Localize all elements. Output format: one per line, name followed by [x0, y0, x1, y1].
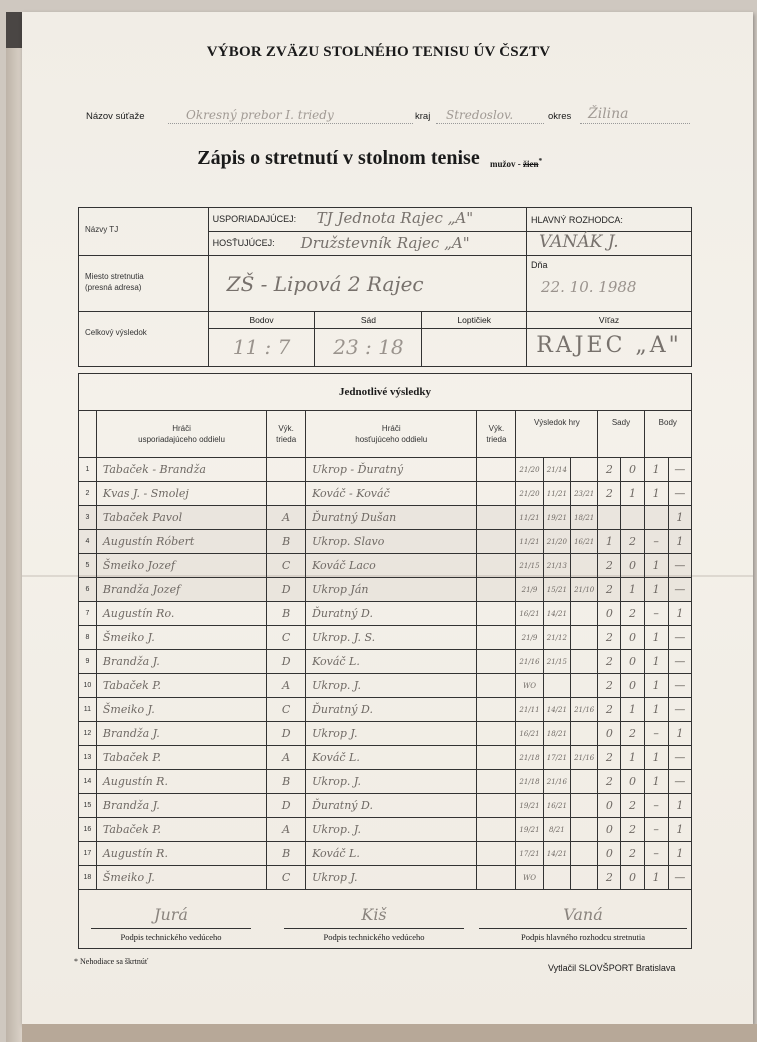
home-player: Šmeiko J.	[96, 866, 266, 890]
sets-value-cell: 23 : 18	[315, 329, 422, 367]
guest-class-header: Výk. trieda	[477, 411, 516, 458]
competition-value: Okresný prebor I. triedy	[186, 108, 334, 122]
home-player: Augustín R.	[96, 770, 266, 794]
game-score-3: 21/16	[571, 698, 598, 722]
home-player: Šmeiko J.	[96, 698, 266, 722]
winner-label: Víťaz	[527, 312, 691, 325]
winner-header: Víťaz	[527, 312, 692, 329]
guest-class	[477, 578, 516, 602]
home-class: C	[267, 554, 306, 578]
game-score-2: 15/21	[543, 578, 570, 602]
sets-home: 2	[598, 674, 621, 698]
game-score-3	[571, 602, 598, 626]
home-class: D	[267, 578, 306, 602]
guest-player: Ukrop J.	[306, 722, 477, 746]
row-number-header	[79, 411, 97, 458]
game-score-2: 21/20	[543, 530, 570, 554]
sets-home: 2	[598, 698, 621, 722]
game-score-3: 21/16	[571, 746, 598, 770]
points-home: 1	[644, 458, 668, 482]
home-player: Brandža J.	[96, 794, 266, 818]
home-player: Kvas J. - Smolej	[96, 482, 266, 506]
game-score-2	[543, 866, 570, 890]
venue-value-cell: ZŠ - Lipová 2 Rajec	[208, 256, 526, 312]
sets-guest: 2	[621, 818, 644, 842]
guest-player: Ukrop. J. S.	[306, 626, 477, 650]
home-player: Šmeiko J.	[96, 626, 266, 650]
home-class	[267, 482, 306, 506]
result-row: 11Šmeiko J.CĎuratný D.21/1114/2121/16211…	[79, 698, 692, 722]
signature-guest-scrawl: Kiš	[284, 905, 464, 924]
sets-guest: 0	[621, 650, 644, 674]
result-row: 14Augustín R.BUkrop. J.21/1821/16201—	[79, 770, 692, 794]
results-title: Jednotlivé výsledky	[79, 374, 692, 411]
sets-home: 0	[598, 602, 621, 626]
game-score-2: 21/16	[543, 770, 570, 794]
game-score-2: 18/21	[543, 722, 570, 746]
points-header: Body	[644, 411, 691, 458]
sets-home: 2	[598, 578, 621, 602]
row-number: 18	[79, 866, 97, 890]
guest-players-header: Hráči hosťujúceho oddielu	[306, 411, 477, 458]
points-home: –	[644, 842, 668, 866]
guest-class-header-line1: Výk.	[477, 423, 515, 434]
row-number: 5	[79, 554, 97, 578]
game-score-1: 11/21	[516, 506, 543, 530]
balls-header: Loptičiek	[422, 312, 527, 329]
signature-referee-scrawl: Vaná	[479, 905, 687, 924]
points-guest: —	[668, 482, 691, 506]
teams-label-cell: Názvy TJ	[79, 208, 209, 256]
game-score-1: 21/18	[516, 770, 543, 794]
game-score-1: 21/18	[516, 746, 543, 770]
category-selector: mužov - žien*	[490, 156, 542, 169]
sets-guest: 2	[621, 602, 644, 626]
sets-header: Sady	[598, 411, 644, 458]
guest-player: Ukrop. Slavo	[306, 530, 477, 554]
home-class: A	[267, 506, 306, 530]
winner-value: RAJEC „A"	[527, 329, 691, 358]
sets-guest: 1	[621, 482, 644, 506]
signature-home-label: Podpis technického vedúceho	[91, 928, 251, 942]
home-class: A	[267, 746, 306, 770]
guest-team-cell: HOSŤUJÚCEJ: Družstevník Rajec „A"	[208, 232, 526, 256]
game-score-2: 8/21	[543, 818, 570, 842]
row-number: 9	[79, 650, 97, 674]
kraj-label: kraj	[415, 111, 430, 122]
result-row: 2Kvas J. - SmolejKováč - Kováč21/2011/21…	[79, 482, 692, 506]
signature-guest-manager: Kiš Podpis technického vedúceho	[284, 905, 464, 942]
game-score-3	[571, 794, 598, 818]
points-home: 1	[644, 674, 668, 698]
game-score-2	[543, 674, 570, 698]
category-men: mužov -	[490, 159, 521, 169]
venue-value: ZŠ - Lipová 2 Rajec	[227, 272, 424, 296]
game-score-1: 16/21	[516, 722, 543, 746]
game-score-1: 19/21	[516, 794, 543, 818]
game-score-1: 21/15	[516, 554, 543, 578]
sets-label: Sád	[315, 312, 421, 325]
sets-guest: 2	[621, 530, 644, 554]
referee-label-cell: HLAVNÝ ROZHODCA:	[527, 208, 692, 232]
guest-class	[477, 794, 516, 818]
game-score-1: 21/16	[516, 650, 543, 674]
home-class: A	[267, 674, 306, 698]
venue-label-line1: Miesto stretnutia	[85, 271, 202, 282]
row-number: 17	[79, 842, 97, 866]
result-row: 13Tabaček P.AKováč L.21/1817/2121/16211—	[79, 746, 692, 770]
signature-home-scrawl: Jurá	[91, 905, 251, 924]
home-player: Tabaček - Brandža	[96, 458, 266, 482]
row-number: 6	[79, 578, 97, 602]
organization-header: VÝBOR ZVÄZU STOLNÉHO TENISU ÚV ČSZTV	[0, 44, 757, 61]
sets-guest: 2	[621, 842, 644, 866]
row-number: 8	[79, 626, 97, 650]
home-class: B	[267, 770, 306, 794]
guest-team-value: Družstevník Rajec „A"	[301, 234, 470, 252]
guest-class-header-line2: trieda	[477, 434, 515, 445]
points-value-cell: 11 : 7	[208, 329, 315, 367]
sets-guest: 0	[621, 554, 644, 578]
home-team-label: USPORIADAJÚCEJ:	[213, 214, 297, 224]
points-label: Bodov	[209, 312, 315, 325]
home-class: D	[267, 650, 306, 674]
home-class-header-line2: trieda	[267, 434, 305, 445]
row-number: 14	[79, 770, 97, 794]
home-player: Tabaček P.	[96, 746, 266, 770]
guest-class	[477, 746, 516, 770]
points-guest: —	[668, 866, 691, 890]
points-home: –	[644, 794, 668, 818]
date-label: Dňa	[531, 260, 548, 270]
home-class: D	[267, 794, 306, 818]
row-number: 4	[79, 530, 97, 554]
date-value: 22. 10. 1988	[541, 278, 636, 296]
category-women-struck: žien	[523, 159, 539, 169]
game-score-1: 11/21	[516, 530, 543, 554]
points-guest: 1	[668, 794, 691, 818]
points-home: –	[644, 722, 668, 746]
kraj-value: Stredoslov.	[446, 108, 513, 122]
result-row: 7Augustín Ro.BĎuratný D.16/2114/2102–1	[79, 602, 692, 626]
competition-line: Názov súťaže Okresný prebor I. triedy kr…	[86, 106, 696, 124]
points-guest: 1	[668, 818, 691, 842]
home-class: B	[267, 842, 306, 866]
game-score-2: 14/21	[543, 602, 570, 626]
guest-player: Ukrop J.	[306, 866, 477, 890]
row-number: 10	[79, 674, 97, 698]
game-score-3	[571, 458, 598, 482]
guest-class	[477, 866, 516, 890]
points-home: 1	[644, 650, 668, 674]
game-score-3	[571, 842, 598, 866]
game-score-1: WO	[516, 674, 543, 698]
home-class: C	[267, 866, 306, 890]
guest-class	[477, 602, 516, 626]
result-row: 4Augustín RóbertBUkrop. Slavo11/2121/201…	[79, 530, 692, 554]
result-row: 5Šmeiko JozefCKováč Laco21/1521/13201—	[79, 554, 692, 578]
guest-player: Kováč - Kováč	[306, 482, 477, 506]
game-score-2: 21/12	[543, 626, 570, 650]
sets-home: 2	[598, 626, 621, 650]
sets-guest: 1	[621, 698, 644, 722]
result-row: 15Brandža J.DĎuratný D.19/2116/2102–1	[79, 794, 692, 818]
points-value: 11 : 7	[209, 329, 315, 359]
home-player: Tabaček Pavol	[96, 506, 266, 530]
home-class-header-line1: Výk.	[267, 423, 305, 434]
guest-class	[477, 698, 516, 722]
game-score-3	[571, 650, 598, 674]
referee-label: HLAVNÝ ROZHODCA:	[531, 215, 623, 225]
game-score-3	[571, 554, 598, 578]
points-header: Bodov	[208, 312, 315, 329]
result-row: 10Tabaček P.AUkrop. J.WO201—	[79, 674, 692, 698]
game-score-3: 21/10	[571, 578, 598, 602]
signature-referee-label: Podpis hlavného rozhodcu stretnutia	[479, 928, 687, 942]
guest-player: Kováč L.	[306, 842, 477, 866]
guest-player: Kováč L.	[306, 650, 477, 674]
printer-credit: Vytlačil SLOVŠPORT Bratislava	[548, 963, 675, 973]
sets-home	[598, 506, 621, 530]
sets-home: 2	[598, 770, 621, 794]
home-player: Augustín Ro.	[96, 602, 266, 626]
sets-guest: 0	[621, 866, 644, 890]
guest-players-header-line2: hosťujúceho oddielu	[306, 434, 476, 445]
home-player: Tabaček P.	[96, 818, 266, 842]
game-score-1: 21/20	[516, 482, 543, 506]
game-score-2: 14/21	[543, 842, 570, 866]
sets-guest: 1	[621, 578, 644, 602]
guest-class	[477, 650, 516, 674]
points-home	[644, 506, 668, 530]
competition-dotted-line	[168, 122, 413, 124]
total-label-cell: Celkový výsledok	[79, 312, 209, 367]
guest-class	[477, 506, 516, 530]
sets-home: 2	[598, 554, 621, 578]
points-guest: 1	[668, 530, 691, 554]
guest-player: Ukrop. J.	[306, 770, 477, 794]
sets-guest: 0	[621, 770, 644, 794]
game-score-3	[571, 722, 598, 746]
sets-home: 0	[598, 722, 621, 746]
form-title: Zápis o stretnutí v stolnom tenise	[0, 147, 717, 170]
points-guest: 1	[668, 602, 691, 626]
sets-home: 2	[598, 482, 621, 506]
points-guest: —	[668, 458, 691, 482]
game-score-3	[571, 770, 598, 794]
guest-players-header-line1: Hráči	[306, 423, 476, 434]
okres-value: Žilina	[588, 106, 629, 122]
row-number: 2	[79, 482, 97, 506]
points-home: 1	[644, 482, 668, 506]
result-row: 3Tabaček PavolAĎuratný Dušan11/2119/2118…	[79, 506, 692, 530]
home-class: D	[267, 722, 306, 746]
points-guest: —	[668, 674, 691, 698]
row-number: 12	[79, 722, 97, 746]
footnote: * Nehodiace sa škrtnúť	[74, 957, 148, 966]
row-number: 16	[79, 818, 97, 842]
points-guest: —	[668, 698, 691, 722]
sets-guest: 2	[621, 794, 644, 818]
game-score-3: 18/21	[571, 506, 598, 530]
row-number: 7	[79, 602, 97, 626]
guest-player: Ďuratný D.	[306, 698, 477, 722]
points-home: 1	[644, 746, 668, 770]
sets-guest: 2	[621, 722, 644, 746]
referee-value: VANÁK J.	[539, 232, 619, 252]
guest-player: Ukrop - Ďuratný	[306, 458, 477, 482]
referee-value-cell: VANÁK J.	[527, 232, 692, 256]
date-cell: Dňa 22. 10. 1988	[527, 256, 692, 312]
points-guest: —	[668, 746, 691, 770]
points-home: –	[644, 602, 668, 626]
home-player: Brandža J.	[96, 722, 266, 746]
signature-home-manager: Jurá Podpis technického vedúceho	[91, 905, 251, 942]
venue-label-cell: Miesto stretnutia (presná adresa)	[79, 256, 209, 312]
sets-guest	[621, 506, 644, 530]
guest-team-label: HOSŤUJÚCEJ:	[213, 238, 275, 248]
sets-guest: 1	[621, 746, 644, 770]
row-number: 1	[79, 458, 97, 482]
result-row: 9Brandža J.DKováč L.21/1621/15201—	[79, 650, 692, 674]
game-score-1: 21/11	[516, 698, 543, 722]
game-score-1: 21/9	[516, 626, 543, 650]
scan-bottom-edge	[22, 1024, 757, 1042]
home-class: C	[267, 698, 306, 722]
game-score-2: 14/21	[543, 698, 570, 722]
guest-class	[477, 458, 516, 482]
sets-home: 0	[598, 842, 621, 866]
points-guest: —	[668, 770, 691, 794]
game-score-1: 19/21	[516, 818, 543, 842]
sets-header: Sád	[315, 312, 422, 329]
home-class: A	[267, 818, 306, 842]
total-label: Celkový výsledok	[79, 312, 208, 341]
sets-home: 0	[598, 794, 621, 818]
result-row: 8Šmeiko J.CUkrop. J. S.21/921/12201—	[79, 626, 692, 650]
guest-class	[477, 626, 516, 650]
points-home: 1	[644, 698, 668, 722]
points-home: 1	[644, 578, 668, 602]
guest-player: Ukrop. J.	[306, 674, 477, 698]
okres-dotted-line	[580, 122, 690, 124]
sets-value: 23 : 18	[315, 329, 421, 359]
row-number: 3	[79, 506, 97, 530]
result-row: 12Brandža J.DUkrop J.16/2118/2102–1	[79, 722, 692, 746]
game-score-3: 23/21	[571, 482, 598, 506]
result-row: 6Brandža JozefDUkrop Ján21/915/2121/1021…	[79, 578, 692, 602]
points-home: 1	[644, 626, 668, 650]
game-score-3	[571, 626, 598, 650]
okres-label: okres	[548, 111, 571, 122]
home-player: Augustín R.	[96, 842, 266, 866]
result-row: 16Tabaček P.AUkrop. J.19/218/2102–1	[79, 818, 692, 842]
scan-corner-shadow	[6, 12, 22, 48]
guest-player: Kováč L.	[306, 746, 477, 770]
guest-class	[477, 554, 516, 578]
guest-player: Kováč Laco	[306, 554, 477, 578]
points-guest: —	[668, 554, 691, 578]
game-result-header: Výsledok hry	[516, 411, 598, 458]
row-number: 11	[79, 698, 97, 722]
home-player: Šmeiko Jozef	[96, 554, 266, 578]
home-class: C	[267, 626, 306, 650]
game-score-2: 21/15	[543, 650, 570, 674]
points-guest: —	[668, 650, 691, 674]
points-guest: 1	[668, 506, 691, 530]
home-class	[267, 458, 306, 482]
competition-label: Názov súťaže	[86, 111, 144, 122]
home-class-header: Výk. trieda	[267, 411, 306, 458]
game-score-1: 16/21	[516, 602, 543, 626]
sets-home: 2	[598, 458, 621, 482]
balls-label: Loptičiek	[422, 312, 526, 325]
home-player: Brandža J.	[96, 650, 266, 674]
signature-guest-label: Podpis technického vedúceho	[284, 928, 464, 942]
home-player: Tabaček P.	[96, 674, 266, 698]
game-score-2: 11/21	[543, 482, 570, 506]
match-info-table: Názvy TJ USPORIADAJÚCEJ: TJ Jednota Raje…	[78, 207, 692, 367]
sets-guest: 0	[621, 674, 644, 698]
points-home: 1	[644, 866, 668, 890]
guest-player: Ďuratný D.	[306, 794, 477, 818]
home-team-cell: USPORIADAJÚCEJ: TJ Jednota Rajec „A"	[208, 208, 526, 232]
game-score-2: 16/21	[543, 794, 570, 818]
home-players-header: Hráči usporiadajúceho oddielu	[96, 411, 266, 458]
game-score-2: 21/14	[543, 458, 570, 482]
result-row: 1Tabaček - BrandžaUkrop - Ďuratný21/2021…	[79, 458, 692, 482]
result-row: 18Šmeiko J.CUkrop J.WO201—	[79, 866, 692, 890]
signature-referee: Vaná Podpis hlavného rozhodcu stretnutia	[479, 905, 687, 942]
venue-label-line2: (presná adresa)	[85, 282, 202, 293]
sets-guest: 0	[621, 458, 644, 482]
sets-guest: 0	[621, 626, 644, 650]
guest-class	[477, 770, 516, 794]
points-home: 1	[644, 554, 668, 578]
points-guest: —	[668, 578, 691, 602]
guest-class	[477, 482, 516, 506]
game-score-2: 21/13	[543, 554, 570, 578]
points-guest: 1	[668, 722, 691, 746]
home-class: B	[267, 602, 306, 626]
game-score-3	[571, 674, 598, 698]
guest-class	[477, 842, 516, 866]
points-guest: 1	[668, 842, 691, 866]
sets-home: 2	[598, 746, 621, 770]
sets-home: 0	[598, 818, 621, 842]
home-class: B	[267, 530, 306, 554]
game-score-2: 17/21	[543, 746, 570, 770]
guest-class	[477, 722, 516, 746]
home-player: Augustín Róbert	[96, 530, 266, 554]
home-team-value: TJ Jednota Rajec „A"	[317, 209, 474, 227]
sets-home: 1	[598, 530, 621, 554]
points-home: 1	[644, 770, 668, 794]
game-score-2: 19/21	[543, 506, 570, 530]
category-asterisk: *	[539, 156, 543, 165]
guest-player: Ukrop Ján	[306, 578, 477, 602]
guest-player: Ukrop. J.	[306, 818, 477, 842]
points-home: –	[644, 818, 668, 842]
home-players-header-line2: usporiadajúceho oddielu	[97, 434, 266, 445]
game-score-3	[571, 866, 598, 890]
signatures-area: Jurá Podpis technického vedúceho Kiš Pod…	[79, 890, 692, 949]
points-home: –	[644, 530, 668, 554]
points-guest: —	[668, 626, 691, 650]
individual-results-table: Jednotlivé výsledky Hráči usporiadajúceh…	[78, 373, 692, 949]
balls-value-cell	[422, 329, 527, 367]
game-score-1: WO	[516, 866, 543, 890]
